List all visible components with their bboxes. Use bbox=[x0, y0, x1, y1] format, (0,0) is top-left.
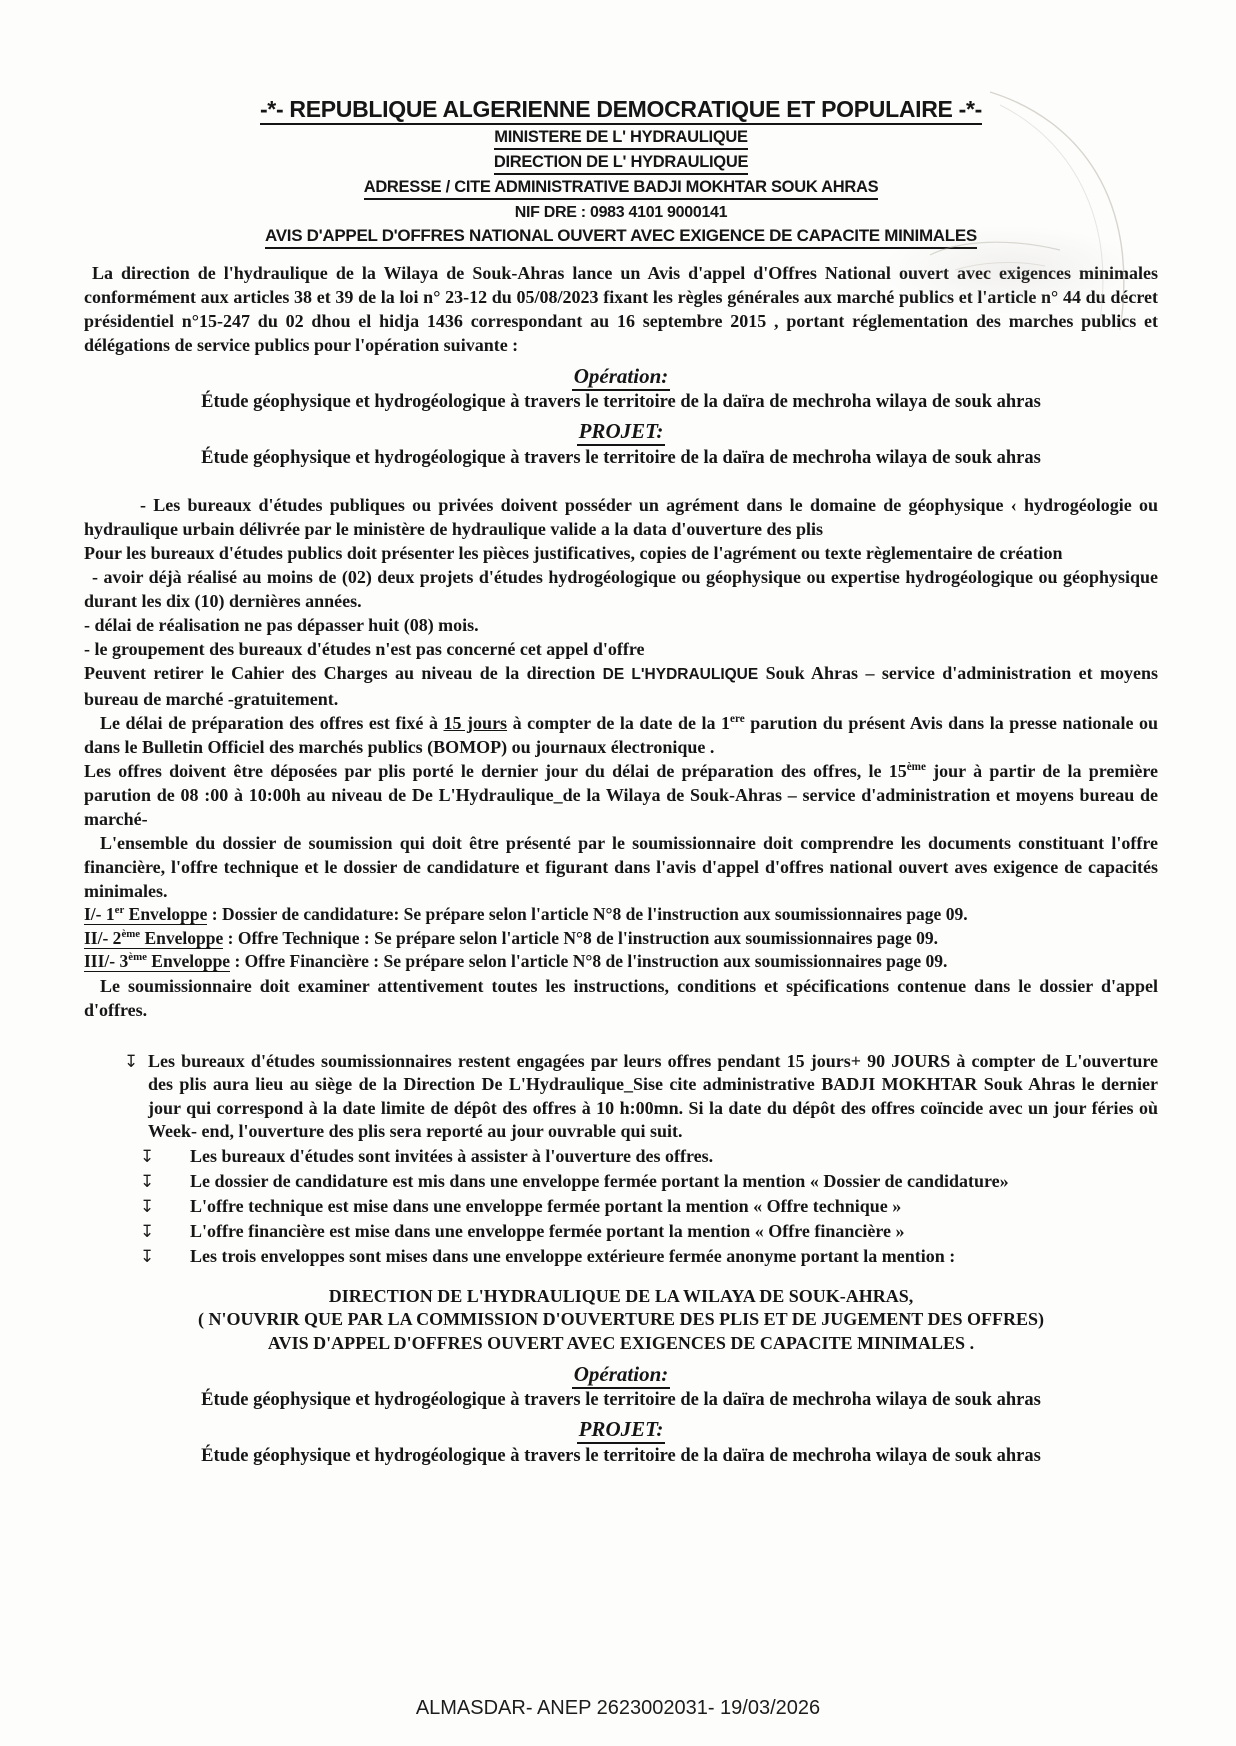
operation-text-2: Étude géophysique et hydrogéologique à t… bbox=[84, 1387, 1158, 1413]
notice-title: AVIS D'APPEL D'OFFRES NATIONAL OUVERT AV… bbox=[84, 222, 1158, 249]
mention-direction-line: DIRECTION DE L'HYDRAULIQUE DE LA WILAYA … bbox=[84, 1285, 1158, 1309]
bullet-offre-financiere: ↧ L'offre financière est mise dans une e… bbox=[84, 1220, 1158, 1244]
condition-pieces-justificatives: Pour les bureaux d'études publics doit p… bbox=[84, 541, 1158, 565]
enveloppe-2-technique: II/- 2ème Enveloppe : Offre Technique : … bbox=[84, 927, 1158, 951]
bullet-offre-technique: ↧ L'offre technique est mise dans une en… bbox=[84, 1195, 1158, 1219]
enveloppe-3-financiere: III/- 3ème Enveloppe : Offre Financière … bbox=[84, 950, 1158, 974]
arrow-bullet-icon: ↧ bbox=[140, 1145, 190, 1169]
bullet-enveloppe-exterieure: ↧ Les trois enveloppes sont mises dans u… bbox=[84, 1245, 1158, 1269]
operation-heading-2: Opération: bbox=[84, 1361, 1158, 1387]
arrow-bullet-icon: ↧ bbox=[124, 1050, 148, 1074]
projet-heading-1: PROJET: bbox=[84, 417, 1158, 445]
scanned-tender-notice-page: -*- REPUBLIQUE ALGERIENNE DEMOCRATIQUE E… bbox=[0, 0, 1236, 1746]
arrow-bullet-icon: ↧ bbox=[140, 1220, 190, 1244]
ministry-line: MINISTERE DE L' HYDRAULIQUE bbox=[84, 125, 1158, 150]
operation-text-1: Étude géophysique et hydrogéologique à t… bbox=[84, 389, 1158, 415]
delai-preparation-offres: Le délai de préparation des offres est f… bbox=[84, 711, 1158, 759]
arrow-bullet-icon: ↧ bbox=[140, 1195, 190, 1219]
mention-commission-line: ( N'OUVRIR QUE PAR LA COMMISSION D'OUVER… bbox=[84, 1308, 1158, 1332]
condition-projets-realises: - avoir déjà réalisé au moins de (02) de… bbox=[84, 565, 1158, 613]
mention-avis-line: AVIS D'APPEL D'OFFRES OUVERT AVEC EXIGEN… bbox=[84, 1332, 1158, 1356]
condition-delai-realisation: - délai de réalisation ne pas dépasser h… bbox=[84, 613, 1158, 637]
enveloppe-1-candidature: I/- 1er Enveloppe : Dossier de candidatu… bbox=[84, 903, 1158, 927]
document-header: -*- REPUBLIQUE ALGERIENNE DEMOCRATIQUE E… bbox=[84, 96, 1158, 249]
direction-caps-label: DE L'HYDRAULIQUE bbox=[603, 666, 759, 683]
republic-title: -*- REPUBLIQUE ALGERIENNE DEMOCRATIQUE E… bbox=[84, 96, 1158, 125]
projet-heading-2: PROJET: bbox=[84, 1415, 1158, 1443]
quinze-jours-underline: 15 jours bbox=[444, 713, 508, 733]
arrow-bullet-icon: ↧ bbox=[140, 1170, 190, 1194]
intro-paragraph: La direction de l'hydraulique de la Wila… bbox=[84, 261, 1158, 357]
condition-agrement: - Les bureaux d'études publiques ou priv… bbox=[84, 493, 1158, 541]
arrow-bullet-icon: ↧ bbox=[140, 1245, 190, 1269]
retrait-cahier-charges: Peuvent retirer le Cahier des Charges au… bbox=[84, 661, 1158, 711]
address-line: ADRESSE / CITE ADMINISTRATIVE BADJI MOKH… bbox=[84, 175, 1158, 200]
bullet-list: ↧ Les bureaux d'études soumissionnaires … bbox=[84, 1050, 1158, 1269]
condition-groupement: - le groupement des bureaux d'études n'e… bbox=[84, 637, 1158, 661]
examiner-note: Le soumissionnaire doit examiner attenti… bbox=[84, 974, 1158, 1022]
mention-block: DIRECTION DE L'HYDRAULIQUE DE LA WILAYA … bbox=[84, 1285, 1158, 1356]
bullet-dossier-candidature: ↧ Le dossier de candidature est mis dans… bbox=[84, 1170, 1158, 1194]
depot-des-offres: Les offres doivent être déposées par pli… bbox=[84, 759, 1158, 831]
bullet-engagement-offres: ↧ Les bureaux d'études soumissionnaires … bbox=[84, 1050, 1158, 1144]
bullet-invitation-ouverture: ↧ Les bureaux d'études sont invitées à a… bbox=[84, 1145, 1158, 1169]
projet-text-2: Étude géophysique et hydrogéologique à t… bbox=[84, 1443, 1158, 1469]
nif-line: NIF DRE : 0983 4101 9000141 bbox=[84, 203, 1158, 222]
projet-text-1: Étude géophysique et hydrogéologique à t… bbox=[84, 445, 1158, 471]
operation-heading-1: Opération: bbox=[84, 363, 1158, 389]
dossier-soumission: L'ensemble du dossier de soumission qui … bbox=[84, 831, 1158, 903]
anep-footer: ALMASDAR- ANEP 2623002031- 19/03/2026 bbox=[0, 1697, 1236, 1720]
direction-line: DIRECTION DE L' HYDRAULIQUE bbox=[84, 150, 1158, 175]
